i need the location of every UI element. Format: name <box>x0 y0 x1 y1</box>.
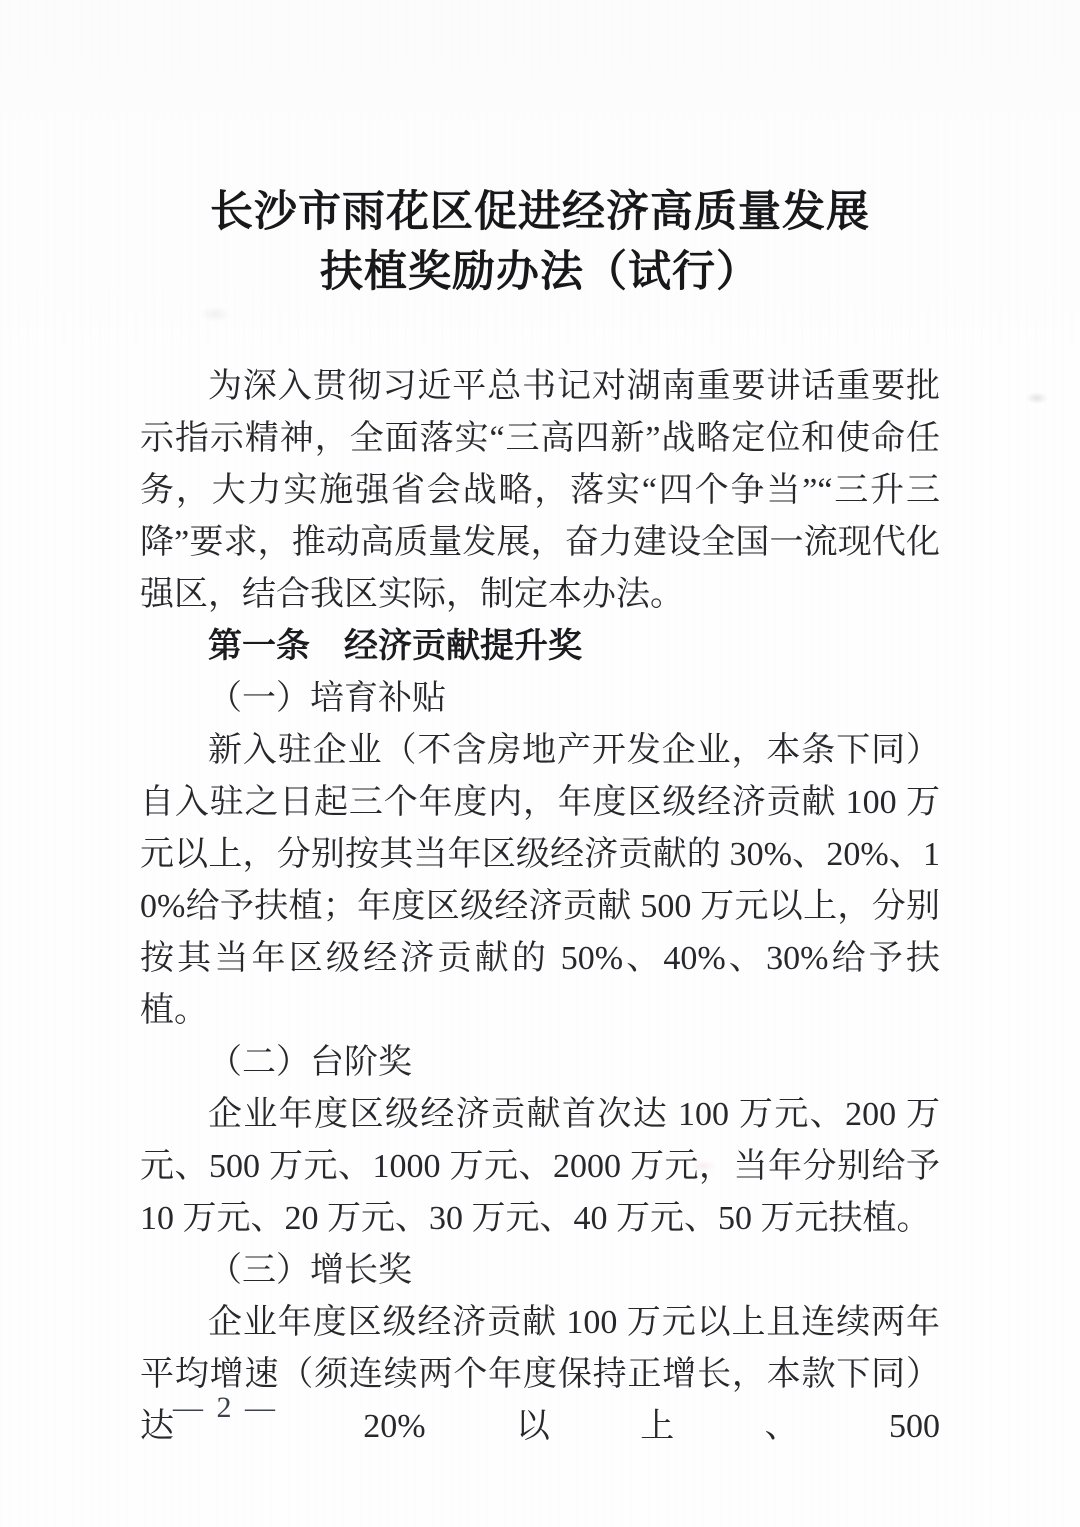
page-number: — 2 — <box>173 1390 278 1426</box>
section-1-body: 新入驻企业（不含房地产开发企业，本条下同）自入驻之日起三个年度内，年度区级经济贡… <box>140 725 940 1037</box>
document-title-line-2: 扶植奖励办法（试行） <box>0 243 1080 303</box>
section-3-body: 企业年度区级经济贡献 100 万元以上且连续两年平均增速（须连续两个年度保持正增… <box>140 1297 940 1453</box>
scan-smudge <box>1026 392 1048 404</box>
document-title: 长沙市雨花区促进经济高质量发展 扶植奖励办法（试行） <box>0 0 1080 303</box>
scanned-document-page: 长沙市雨花区促进经济高质量发展 扶植奖励办法（试行） 为深入贯彻习近平总书记对湖… <box>0 0 1080 1527</box>
document-body: 为深入贯彻习近平总书记对湖南重要讲话重要批示指示精神，全面落实“三高四新”战略定… <box>140 361 940 1453</box>
section-1-label: （一）培育补贴 <box>140 673 940 725</box>
intro-paragraph: 为深入贯彻习近平总书记对湖南重要讲话重要批示指示精神，全面落实“三高四新”战略定… <box>140 361 940 621</box>
section-2-body: 企业年度区级经济贡献首次达 100 万元、200 万元、500 万元、1000 … <box>140 1089 940 1245</box>
section-3-label: （三）增长奖 <box>140 1245 940 1297</box>
scan-smudge <box>200 306 230 322</box>
article-1-heading: 第一条 经济贡献提升奖 <box>140 621 940 673</box>
section-2-label: （二）台阶奖 <box>140 1037 940 1089</box>
document-title-line-1: 长沙市雨花区促进经济高质量发展 <box>0 183 1080 243</box>
